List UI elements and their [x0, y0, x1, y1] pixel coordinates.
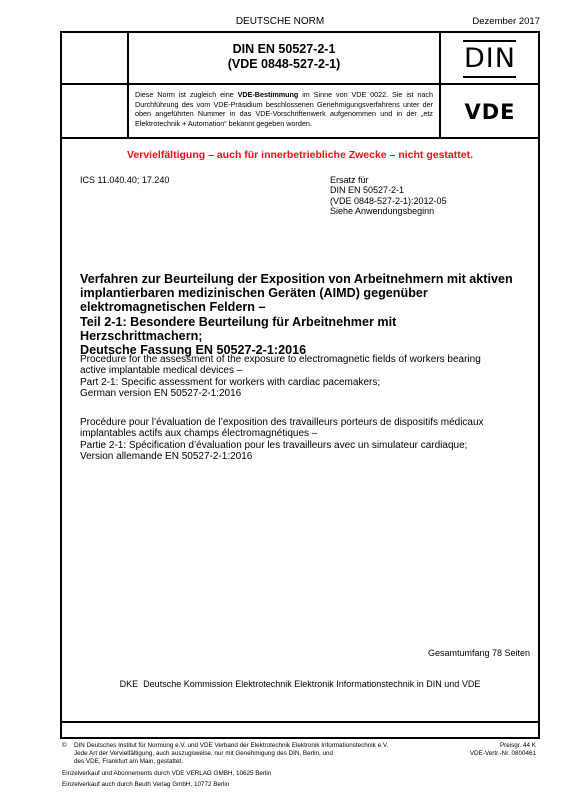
- document-id: DIN EN 50527-2-1 (VDE 0848-527-2-1): [129, 42, 439, 72]
- din-logo-bottom-bar: [463, 76, 516, 78]
- copyright-notice: © DIN Deutsches Institut für Normung e.V…: [62, 742, 442, 766]
- title-french: Procédure pour l’évaluation de l’exposit…: [80, 417, 530, 463]
- table-divider-right: [439, 31, 441, 139]
- sales-info-beuth: Einzelverkauf auch durch Beuth Verlag Gm…: [62, 781, 229, 788]
- ics-code: ICS 11.040.40; 17.240: [80, 175, 169, 185]
- vde-regulation-term: VDE-Bestimmung: [238, 90, 299, 99]
- title-english: Procedure for the assessment of the expo…: [80, 354, 530, 400]
- bottom-divider: [60, 721, 540, 723]
- vde-logo: VDE: [452, 100, 528, 124]
- din-logo-text: DIN: [461, 44, 519, 74]
- document-number: DIN EN 50527-2-1: [129, 42, 439, 57]
- issue-date: Dezember 2017: [472, 16, 540, 27]
- price-info: Preisgr. 44 K VDE-Vertr.-Nr. 0800461: [470, 742, 536, 758]
- sales-info-vde: Einzelverkauf und Abonnements durch VDE …: [62, 770, 271, 777]
- reproduction-warning: Vervielfältigung – auch für innerbetrieb…: [62, 149, 538, 161]
- norm-label: DEUTSCHE NORM: [180, 16, 380, 27]
- vde-sales-number: VDE-Vertr.-Nr. 0800461: [470, 750, 536, 758]
- din-logo-top-bar: [463, 40, 516, 42]
- din-logo: DIN: [461, 40, 519, 78]
- price-group: Preisgr. 44 K: [470, 742, 536, 750]
- copyright-icon: ©: [62, 742, 67, 750]
- title-german: Verfahren zur Beurteilung der Exposition…: [80, 272, 520, 357]
- replacement-info: Ersatz für DIN EN 50527-2-1 (VDE 0848-52…: [330, 175, 447, 217]
- committee-line: DKE Deutsche Kommission Elektrotechnik E…: [62, 679, 538, 689]
- total-pages: Gesamtumfang 78 Seiten: [428, 648, 530, 658]
- vde-regulation-note: Diese Norm ist zugleich eine VDE-Bestimm…: [135, 90, 433, 128]
- vde-classification: (VDE 0848-527-2-1): [129, 57, 439, 72]
